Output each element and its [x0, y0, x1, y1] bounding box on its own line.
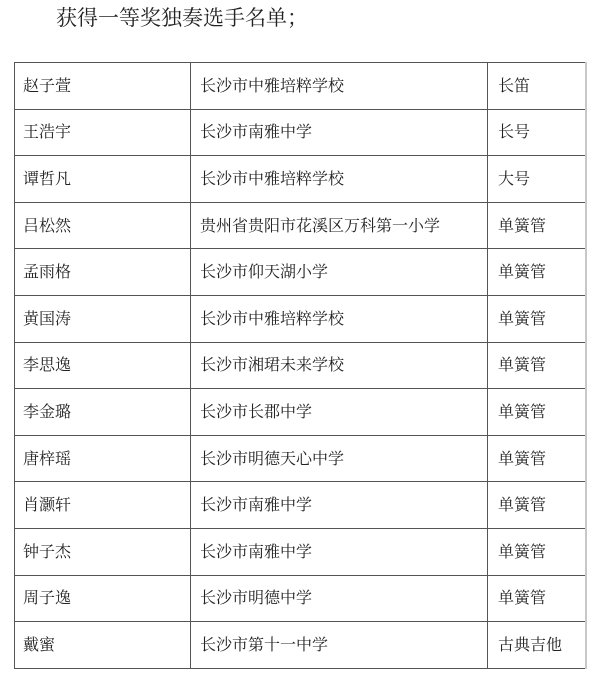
instrument-cell: 单簧管 [488, 575, 586, 622]
table-row: 王浩宇 长沙市南雅中学 长号 [15, 109, 586, 156]
instrument-cell: 单簧管 [488, 435, 586, 482]
table-row: 孟雨格 长沙市仰天湖小学 单簧管 [15, 249, 586, 296]
name-cell: 黄国涛 [15, 295, 191, 342]
school-cell: 长沙市明德中学 [191, 575, 488, 622]
table-row: 赵子萱 长沙市中雅培粹学校 长笛 [15, 63, 586, 110]
table-row: 戴蜜 长沙市第十一中学 古典吉他 [15, 622, 586, 669]
school-cell: 长沙市中雅培粹学校 [191, 63, 488, 110]
instrument-cell: 单簧管 [488, 249, 586, 296]
name-cell: 周子逸 [15, 575, 191, 622]
name-cell: 钟子杰 [15, 528, 191, 575]
table-row: 周子逸 长沙市明德中学 单簧管 [15, 575, 586, 622]
name-cell: 李思逸 [15, 342, 191, 389]
winners-table: 赵子萱 长沙市中雅培粹学校 长笛 王浩宇 长沙市南雅中学 长号 谭哲凡 长沙市中… [14, 62, 586, 669]
school-cell: 长沙市湘珺未来学校 [191, 342, 488, 389]
instrument-cell: 长号 [488, 109, 586, 156]
instrument-cell: 单簧管 [488, 389, 586, 436]
school-cell: 长沙市南雅中学 [191, 528, 488, 575]
table-row: 吕松然 贵州省贵阳市花溪区万科第一小学 单簧管 [15, 202, 586, 249]
school-cell: 长沙市仰天湖小学 [191, 249, 488, 296]
instrument-cell: 大号 [488, 156, 586, 203]
school-cell: 长沙市中雅培粹学校 [191, 295, 488, 342]
school-cell: 贵州省贵阳市花溪区万科第一小学 [191, 202, 488, 249]
school-cell: 长沙市明德天心中学 [191, 435, 488, 482]
winners-table-body: 赵子萱 长沙市中雅培粹学校 长笛 王浩宇 长沙市南雅中学 长号 谭哲凡 长沙市中… [15, 63, 586, 669]
instrument-cell: 单簧管 [488, 528, 586, 575]
name-cell: 肖灏轩 [15, 482, 191, 529]
table-row: 李思逸 长沙市湘珺未来学校 单簧管 [15, 342, 586, 389]
document-heading: 获得一等奖独奏选手名单； [56, 4, 308, 32]
table-edge-shadow [585, 62, 587, 669]
instrument-cell: 长笛 [488, 63, 586, 110]
table-row: 谭哲凡 长沙市中雅培粹学校 大号 [15, 156, 586, 203]
school-cell: 长沙市中雅培粹学校 [191, 156, 488, 203]
instrument-cell: 单簧管 [488, 202, 586, 249]
name-cell: 吕松然 [15, 202, 191, 249]
instrument-cell: 单簧管 [488, 295, 586, 342]
table-row: 唐梓瑶 长沙市明德天心中学 单簧管 [15, 435, 586, 482]
name-cell: 戴蜜 [15, 622, 191, 669]
school-cell: 长沙市南雅中学 [191, 109, 488, 156]
instrument-cell: 单簧管 [488, 342, 586, 389]
school-cell: 长沙市第十一中学 [191, 622, 488, 669]
name-cell: 王浩宇 [15, 109, 191, 156]
name-cell: 李金璐 [15, 389, 191, 436]
table-row: 钟子杰 长沙市南雅中学 单簧管 [15, 528, 586, 575]
table-row: 肖灏轩 长沙市南雅中学 单簧管 [15, 482, 586, 529]
name-cell: 唐梓瑶 [15, 435, 191, 482]
name-cell: 孟雨格 [15, 249, 191, 296]
name-cell: 赵子萱 [15, 63, 191, 110]
table-row: 李金璐 长沙市长郡中学 单簧管 [15, 389, 586, 436]
instrument-cell: 古典吉他 [488, 622, 586, 669]
table-row: 黄国涛 长沙市中雅培粹学校 单簧管 [15, 295, 586, 342]
instrument-cell: 单簧管 [488, 482, 586, 529]
school-cell: 长沙市长郡中学 [191, 389, 488, 436]
school-cell: 长沙市南雅中学 [191, 482, 488, 529]
name-cell: 谭哲凡 [15, 156, 191, 203]
